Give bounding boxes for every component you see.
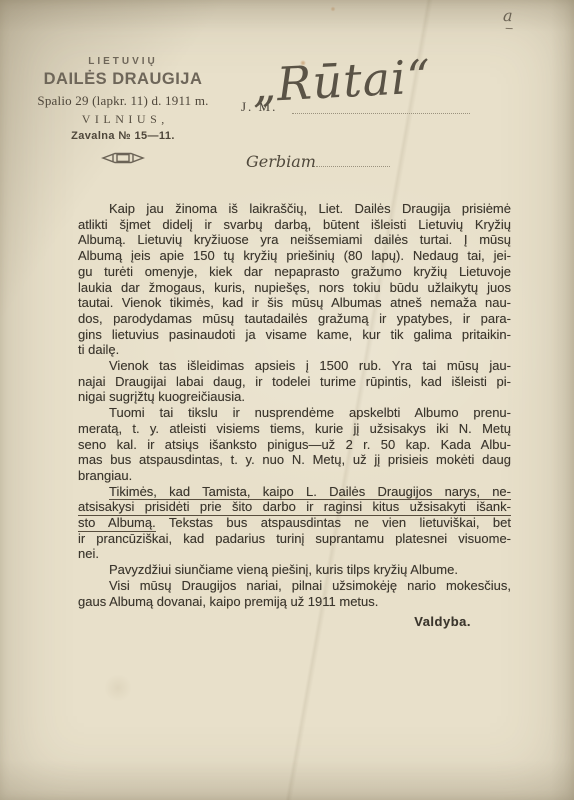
body-line: atsisakysi prisidėti prie šito darbo ir … — [78, 499, 511, 515]
body-line: mas bus atspausdintas, t. y. nuo N. Metų… — [78, 452, 511, 468]
letterhead: LIETUVIŲ DAILĖS DRAUGIJA Spalio 29 (lapk… — [34, 57, 212, 169]
body-line: dos, parodydamas mūsų tautadailės gražum… — [78, 311, 511, 327]
pen-underline-text: sto Albumą. — [78, 515, 156, 532]
spindle-ornament-icon — [34, 151, 212, 169]
body-line-text: ir prancūziškai, kad padarius turinį sup… — [78, 531, 511, 546]
body-line-text: dos, parodydamas mūsų tautadailės gražum… — [78, 311, 511, 326]
org-name-line2: DAILĖS DRAUGIJA — [34, 71, 212, 88]
body-line: nigai sugrįžtų kuogreičiausia. — [78, 389, 511, 405]
body-line: najai Draugijai labai daug, ir todelei t… — [78, 374, 511, 390]
letter-page: a LIETUVIŲ DAILĖS DRAUGIJA Spalio 29 (la… — [0, 0, 574, 800]
body-line: Kaip jau žinoma iš laikraščių, Liet. Dai… — [78, 201, 511, 217]
body-line: Tikimės, kad Tamista, kaipo L. Dailės Dr… — [78, 484, 511, 500]
body-line: Albumą. Lietuvių kryžiuose yra neišsemia… — [78, 232, 511, 248]
body-line: nei. — [78, 546, 511, 562]
body-line: seno kal. ir atsiųs išanksto pinigus—už … — [78, 437, 511, 453]
body-line-text: Albumą įeis apie 150 tų kryžių priešinių… — [78, 248, 511, 263]
pen-underline-text: Tikimės, kad Tamista, kaipo L. Dailės Dr… — [109, 484, 511, 501]
body-line: gaus Albumą dovanai, kaipo premiją už 19… — [78, 594, 511, 610]
body-line-text: Vienok tas išleidimas apsieis į 1500 rub… — [109, 358, 511, 373]
body-line-text: gins lietuvius pasinaudoti ja visame kam… — [78, 327, 511, 342]
body-line: ti dailę. — [78, 342, 511, 358]
body-line-text: Albumą. Lietuvių kryžiuose yra neišsemia… — [78, 232, 511, 247]
body-line: Albumą įeis apie 150 tų kryžių priešinių… — [78, 248, 511, 264]
body-line: tautai. Vienok tikimės, kad ir šis mūsų … — [78, 295, 511, 311]
body-line: ir prancūziškai, kad padarius turinį sup… — [78, 531, 511, 547]
body-line: gins lietuvius pasinaudoti ja visame kam… — [78, 327, 511, 343]
body-line-text: gaus Albumą dovanai, kaipo premiją už 19… — [78, 594, 378, 609]
salutation-label: Gerbiam — [246, 152, 316, 171]
page-marker-dash — [506, 28, 513, 29]
signature: Valdyba. — [78, 614, 511, 630]
body-line: gu turėti omenyje, kiek dar nepaprasto g… — [78, 264, 511, 280]
body-line-text: Visi mūsų Draugijos nariai, pilnai užsim… — [109, 578, 511, 593]
body-lines: Kaip jau žinoma iš laikraščių, Liet. Dai… — [78, 201, 511, 630]
body-line-text: nigai sugrįžtų kuogreičiausia. — [78, 389, 245, 404]
body-line-text: Kaip jau žinoma iš laikraščių, Liet. Dai… — [109, 201, 511, 216]
body-line-text: tautai. Vienok tikimės, kad ir šis mūsų … — [78, 295, 511, 310]
body-line-text: seno kal. ir atsiųs išanksto pinigus—už … — [78, 437, 511, 452]
body-line-text: ti dailę. — [78, 342, 119, 357]
body-line: Visi mūsų Draugijos nariai, pilnai užsim… — [78, 578, 511, 594]
page-marker: a — [503, 8, 514, 29]
pen-underline-text: atsisakysi prisidėti prie šito darbo ir … — [78, 499, 511, 516]
salutation-dotted-line — [316, 154, 390, 167]
body-line-text: atlikti šįmet didelį ir svarbų darbą, bū… — [78, 217, 511, 232]
body-line: Tuomi tai tikslu ir nusprendėme apskelbt… — [78, 405, 511, 421]
body-line: Vienok tas išleidimas apsieis į 1500 rub… — [78, 358, 511, 374]
body-line-text: Tuomi tai tikslu ir nusprendėme apskelbt… — [109, 405, 511, 420]
body-line: meratą, t. y. atleisti visiems tiems, ku… — [78, 421, 511, 437]
body-line: Pavyzdžiui siunčiame vieną piešinį, kuri… — [78, 562, 511, 578]
body-line-text: meratą, t. y. atleisti visiems tiems, ku… — [78, 421, 511, 436]
org-name-line1: LIETUVIŲ — [34, 57, 212, 67]
body-line-text: Pavyzdžiui siunčiame vieną piešinį, kuri… — [109, 562, 458, 577]
letter-city: VILNIUS, — [34, 113, 212, 125]
body-line-text: brangiau. — [78, 468, 132, 483]
body-line: sto Albumą. Tekstas bus atspausdintas ne… — [78, 515, 511, 531]
body-line-text: mas bus atspausdintas, t. y. nuo N. Metų… — [78, 452, 511, 467]
body-line-text: gu turėti omenyje, kiek dar nepaprasto g… — [78, 264, 511, 279]
body-line-text: laukia dar žmogaus, kuris, nupiešęs, nor… — [78, 280, 511, 295]
salutation-row: Gerbiam — [246, 152, 390, 171]
body-line-text: Tekstas bus atspausdintas ne vien lietuv… — [156, 515, 511, 530]
letter-date: Spalio 29 (lapkr. 11) d. 1911 m. — [34, 94, 212, 107]
body-line: laukia dar žmogaus, kuris, nupiešęs, nor… — [78, 280, 511, 296]
body-line-text: nei. — [78, 546, 99, 561]
page-marker-letter: a — [503, 6, 513, 25]
letter-address: Zavalna № 15—11. — [34, 131, 212, 142]
body-line-text: najai Draugijai labai daug, ir todelei t… — [78, 374, 511, 389]
body-line: atlikti šįmet didelį ir svarbų darbą, bū… — [78, 217, 511, 233]
body-line: brangiau. — [78, 468, 511, 484]
